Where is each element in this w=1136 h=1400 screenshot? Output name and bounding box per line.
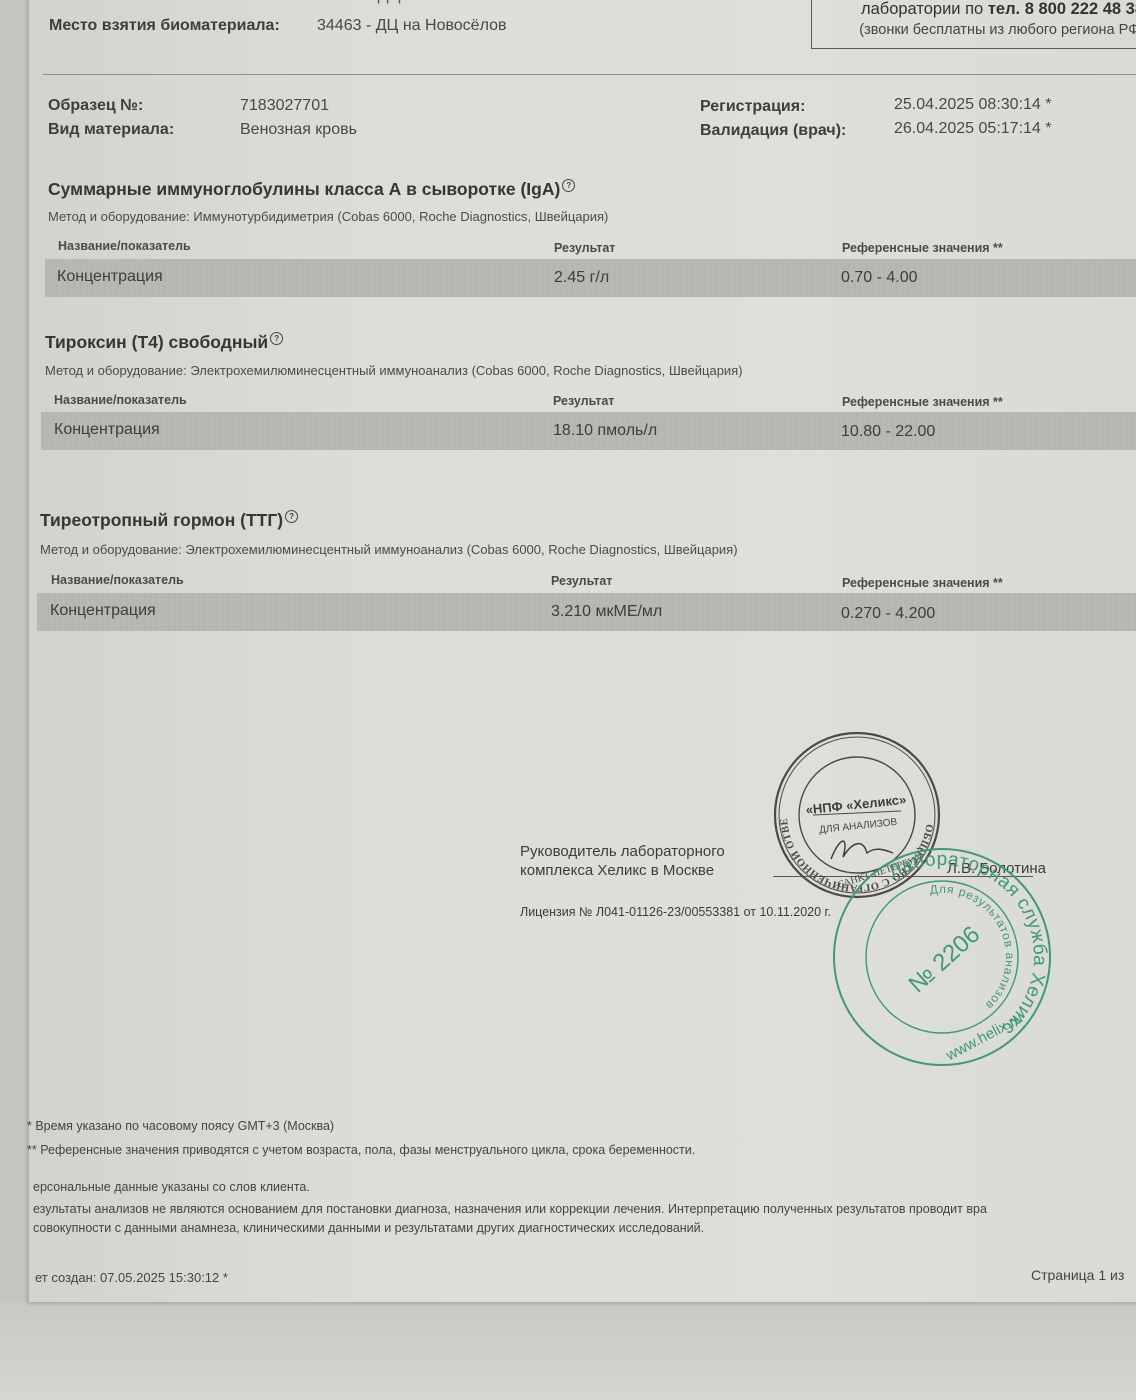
sample-number-value: 7183027701: [240, 97, 329, 115]
hotline-note: (звонки бесплатны из любого региона РФ): [859, 22, 1136, 38]
footnote-time-zone: * Время указано по часовому поясу GMT+3 …: [27, 1119, 334, 1133]
row-result: 3.210 мкМЕ/мл: [551, 603, 662, 621]
footnote-reference: ** Референсные значения приводятся с уче…: [27, 1143, 695, 1157]
footnote-disclaimer-2: совокупности с данными анамнеза, клиниче…: [33, 1221, 704, 1235]
background-left: [0, 0, 30, 1400]
question-circle-icon[interactable]: ?: [270, 332, 283, 345]
signer-position-line2: комплекса Хеликс в Москве: [520, 861, 714, 880]
column-header-reference: Референсные значения **: [842, 241, 1003, 255]
license-text: Лицензия № Л041-01126-23/00553381 от 10.…: [520, 905, 831, 919]
row-name: Концентрация: [50, 602, 156, 620]
row-reference: 0.270 - 4.200: [841, 605, 935, 623]
registration-value: 25.04.2025 08:30:14 *: [894, 96, 1051, 114]
validation-label: Валидация (врач):: [700, 122, 846, 140]
sampling-place-label: Место взятия биоматериала:: [49, 17, 280, 35]
svg-text:ДЛЯ АНАЛИЗОВ: ДЛЯ АНАЛИЗОВ: [819, 817, 898, 836]
test-method-iga: Метод и оборудование: Иммунотурбидиметри…: [48, 209, 608, 224]
column-header-name: Название/показатель: [58, 239, 191, 253]
table-row: Концентрация 2.45 г/л 0.70 - 4.00: [45, 259, 1136, 297]
test-title-tsh: Тиреотропный гормон (ТТГ)?: [40, 510, 298, 531]
column-header-result: Результат: [553, 394, 614, 408]
footnote-personal-data: ерсональные данные указаны со слов клиен…: [33, 1180, 310, 1194]
sample-number-label: Образец №:: [48, 97, 143, 115]
signer-position-line1: Руководитель лабораторного: [520, 842, 725, 861]
test-title-t4: Тироксин (Т4) свободный?: [45, 332, 283, 353]
customer-label: Заказчик:: [49, 0, 125, 5]
column-header-reference: Референсные значения **: [842, 576, 1003, 590]
footnote-disclaimer-1: езультаты анализов не являются основание…: [33, 1202, 987, 1216]
hotline-phone: тел. 8 800 222 48 38: [988, 0, 1136, 18]
sampling-place-value: 34463 - ДЦ на Новосёлов: [317, 17, 507, 35]
svg-text:№ 2206: № 2206: [903, 921, 985, 998]
row-reference: 0.70 - 4.00: [841, 269, 918, 287]
row-name: Концентрация: [54, 421, 160, 439]
row-reference: 10.80 - 22.00: [841, 423, 935, 441]
background-surface: [0, 1302, 1136, 1400]
test-method-tsh: Метод и оборудование: Электрохемилюминес…: [40, 542, 738, 557]
hotline-line: лаборатории по тел. 8 800 222 48 38: [861, 0, 1136, 19]
question-circle-icon[interactable]: ?: [562, 179, 575, 192]
question-circle-icon[interactable]: ?: [285, 510, 298, 523]
row-result: 18.10 пмоль/л: [553, 422, 657, 440]
row-result: 2.45 г/л: [554, 269, 609, 287]
test-method-t4: Метод и оборудование: Электрохемилюминес…: [45, 363, 743, 378]
column-header-reference: Референсные значения **: [842, 395, 1003, 409]
material-label: Вид материала:: [48, 121, 174, 139]
column-header-name: Название/показатель: [54, 393, 187, 407]
customer-value: ООО "МДЦ Хеликс": [317, 0, 463, 5]
validation-value: 26.04.2025 05:17:14 *: [894, 120, 1051, 138]
table-row: Концентрация 18.10 пмоль/л 10.80 - 22.00: [41, 412, 1136, 450]
hotline-info-box: лаборатории по тел. 8 800 222 48 38 (зво…: [811, 0, 1136, 49]
table-row: Концентрация 3.210 мкМЕ/мл 0.270 - 4.200: [37, 593, 1136, 631]
lab-report-page: Заказчик: ООО "МДЦ Хеликс" Место взятия …: [28, 0, 1136, 1302]
column-header-result: Результат: [554, 241, 615, 255]
header-divider: [43, 74, 1136, 75]
row-name: Концентрация: [57, 268, 163, 286]
page-number: Страница 1 из: [1031, 1267, 1124, 1283]
registration-label: Регистрация:: [700, 98, 805, 116]
material-value: Венозная кровь: [240, 121, 357, 139]
report-created: ет создан: 07.05.2025 15:30:12 *: [35, 1270, 228, 1285]
column-header-name: Название/показатель: [51, 573, 184, 587]
column-header-result: Результат: [551, 574, 612, 588]
lab-results-stamp: Лабораторная служба Хеликс Для результат…: [829, 844, 1055, 1070]
test-title-iga: Суммарные иммуноглобулины класса А в сыв…: [48, 179, 575, 200]
